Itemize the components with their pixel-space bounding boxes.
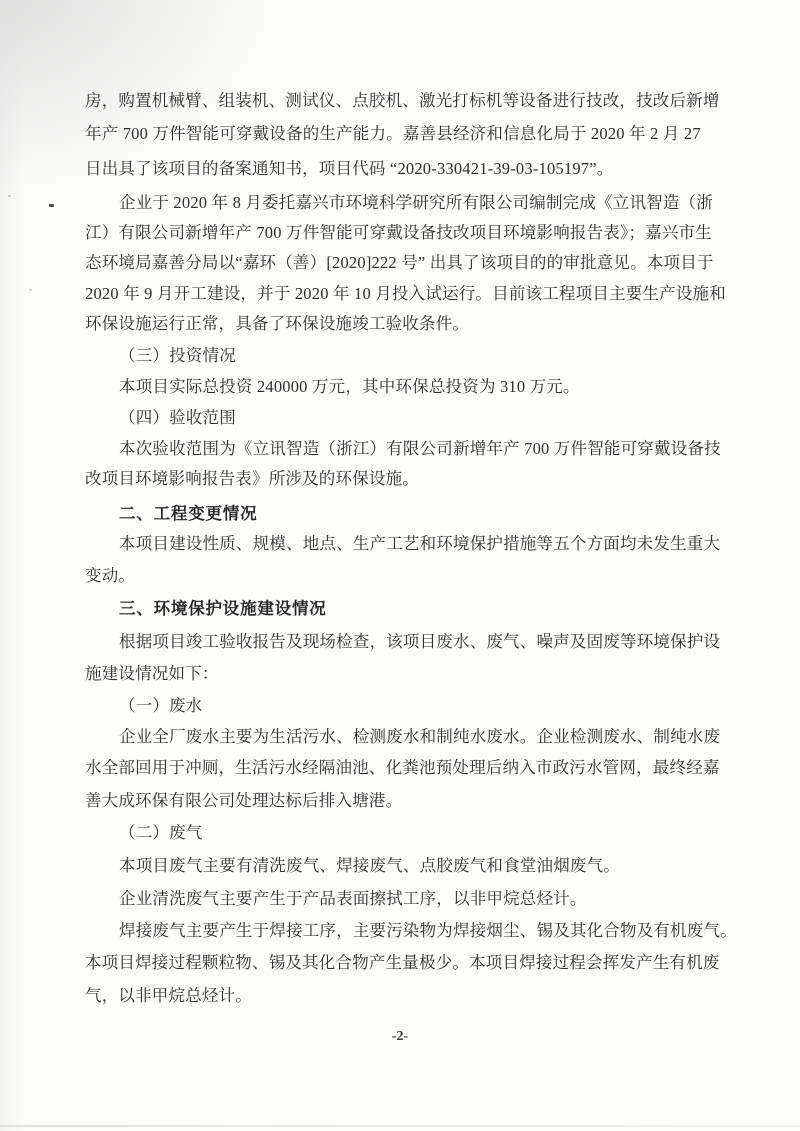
document-text-line: 本项目实际总投资 240000 万元，其中环保总投资为 310 万元。: [119, 376, 717, 398]
document-text-line: 江）有限公司新增年产 700 万件智能可穿戴设备技改项目环境影响报告表》；嘉兴市…: [85, 222, 717, 244]
section-heading-line: 三、环境保护设施建设情况: [119, 598, 717, 620]
scan-speck: [29, 289, 32, 291]
scan-page-edge-line: [0, 1125, 800, 1127]
document-text-line: 房，购置机械臂、组装机、测试仪、点胶机、激光打标机等设备进行技改，技改后新增: [85, 90, 717, 112]
scan-shadow-left-edge: [0, 0, 26, 1131]
document-text-line: 善大成环保有限公司处理达标后排入塘港。: [85, 790, 717, 812]
document-text-line: 施建设情况如下：: [85, 663, 717, 685]
document-text-line: 改项目环境影响报告表》所涉及的环保设施。: [85, 468, 717, 490]
document-text-line: 企业清洗废气主要产生于产品表面擦拭工序，以非甲烷总烃计。: [119, 888, 717, 910]
document-text-line: （一）废水: [119, 695, 717, 717]
document-text-line: 水全部回用于冲厕，生活污水经隔油池、化粪池预处理后纳入市政污水管网，最终经嘉: [85, 757, 717, 779]
document-text-line: 态环境局嘉善分局以“嘉环（善）[2020]222 号” 出具了该项目的的审批意见…: [85, 252, 717, 274]
document-text-line: 本项目建设性质、规模、地点、生产工艺和环境保护措施等五个方面均未发生重大: [119, 533, 717, 555]
document-text-line: （三）投资情况: [119, 345, 717, 367]
document-text-line: 年产 700 万件智能可穿戴设备的生产能力。嘉善县经济和信息化局于 2020 年…: [85, 123, 717, 145]
document-text-line: 企业于 2020 年 8 月委托嘉兴市环境科学研究所有限公司编制完成《立讯智造（…: [119, 192, 717, 214]
document-text-line: 环保设施运行正常，具备了环保设施竣工验收条件。: [85, 313, 717, 335]
document-text-line: 本项目焊接过程颗粒物、锡及其化合物产生量极少。本项目焊接过程会挥发产生有机废: [85, 952, 717, 974]
document-text-line: 根据项目竣工验收报告及现场检查，该项目废水、废气、噪声及固废等环境保护设: [119, 631, 717, 653]
document-text-line: 气，以非甲烷总烃计。: [85, 985, 717, 1007]
document-text-line: （二）废气: [119, 822, 717, 844]
section-heading-line: 二、工程变更情况: [119, 503, 717, 525]
scan-speck: [8, 195, 11, 197]
document-text-line: 变动。: [85, 565, 717, 587]
scan-speck: [49, 204, 54, 207]
document-text-line: 本次验收范围为《立讯智造（浙江）有限公司新增年产 700 万件智能可穿戴设备技: [119, 438, 717, 460]
page-number: -2-: [0, 1029, 800, 1045]
document-text-line: 本项目废气主要有清洗废气、焊接废气、点胶废气和食堂油烟废气。: [119, 855, 717, 877]
document-text-line: 2020 年 9 月开工建设，并于 2020 年 10 月投入试运行。目前该工程…: [85, 283, 717, 305]
document-text-line: 企业全厂废水主要为生活污水、检测废水和制纯水废水。企业检测废水、制纯水废: [119, 726, 717, 748]
document-text-line: 日出具了该项目的备案通知书，项目代码 “2020-330421-39-03-10…: [85, 158, 717, 180]
document-text-line: （四）验收范围: [119, 407, 717, 429]
document-text-line: 焊接废气主要产生于焊接工序，主要污染物为焊接烟尘、锡及其化合物及有机废气。: [119, 920, 717, 942]
